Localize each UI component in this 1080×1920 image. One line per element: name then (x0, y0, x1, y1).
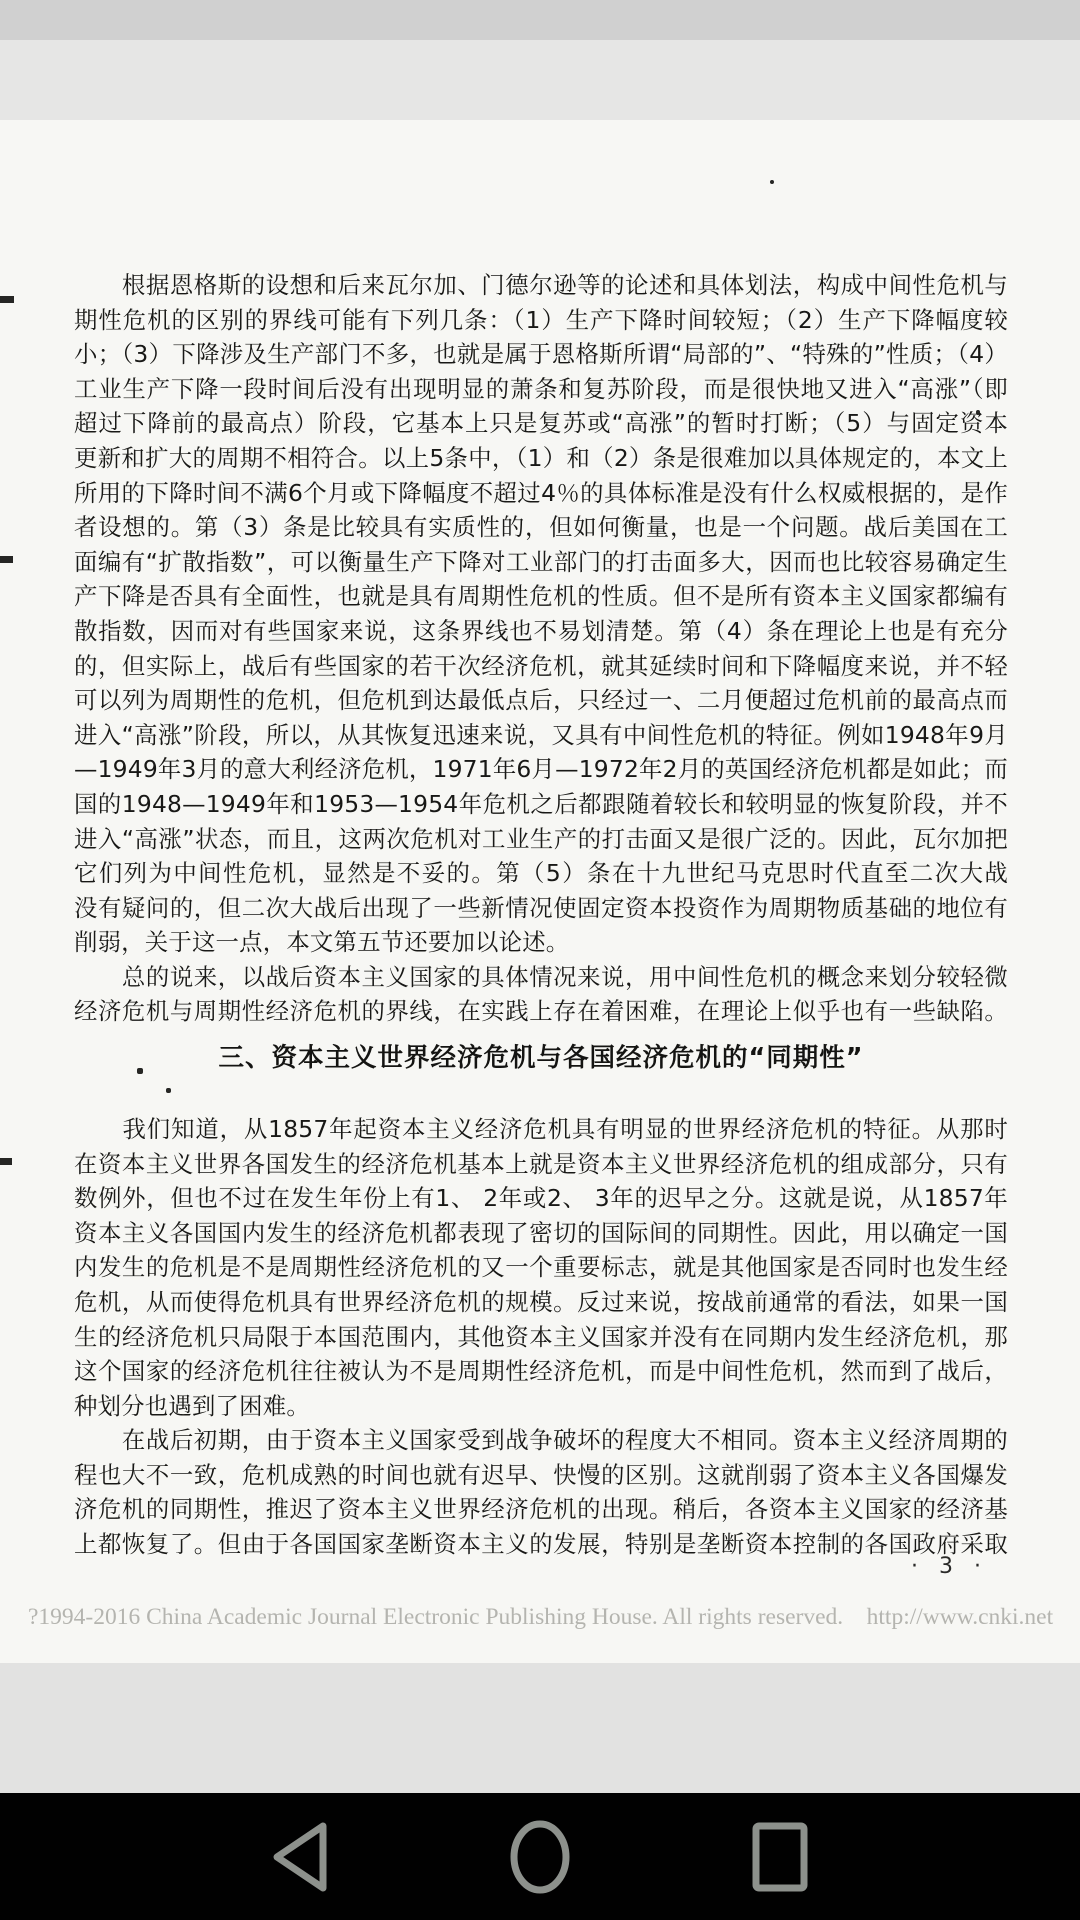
text-line: 国的1948—1949年和1953—1954年危机之后都跟随着较长和较明显的恢复… (74, 787, 1008, 822)
text-line: 程也大不一致，危机成熟的时间也就有迟早、快慢的区别。这就削弱了资本主义各国爆发经 (74, 1458, 1008, 1493)
text-line: 危机，从而使得危机具有世界经济危机的规模。反过来说，按战前通常的看法，如果一国发 (74, 1285, 1008, 1320)
text-line: 工业生产下降一段时间后没有出现明显的萧条和复苏阶段，而是很快地又进入“高涨”（即 (74, 372, 1008, 407)
paragraph-block-1: 根据恩格斯的设想和后来瓦尔加、门德尔逊等的论述和具体划法，构成中间性危机与周期性… (74, 268, 1008, 1029)
recents-icon (752, 1822, 808, 1892)
page-number: · 3 · (74, 1554, 988, 1579)
text-line: 面编有“扩散指数”，可以衡量生产下降对工业部门的打击面多大，因而也比较容易确定生 (74, 545, 1008, 580)
text-line: 根据恩格斯的设想和后来瓦尔加、门德尔逊等的论述和具体划法，构成中间性危机与周 (74, 268, 1008, 303)
text-line: 济危机的同期性，推迟了资本主义世界经济危机的出现。稍后，各资本主义国家的经济基本 (74, 1492, 1008, 1527)
nav-recents-button[interactable] (705, 1793, 855, 1920)
text-line: 可以列为周期性的危机，但危机到达最低点后，只经过一、二月便超过危机前的最高点而 (74, 683, 1008, 718)
text-line: 超过下降前的最高点）阶段，它基本上只是复苏或“高涨”的暂时打断；（5）与固定资本 (74, 406, 1008, 441)
text-line: 的，但实际上，战后有些国家的若干次经济危机，就其延续时间和下降幅度来说，并不轻微… (74, 649, 1008, 684)
nav-back-button[interactable] (225, 1793, 375, 1920)
text-line: 资本主义各国国内发生的经济危机都表现了密切的国际间的同期性。因此，用以确定一国国 (74, 1216, 1008, 1251)
text-line: 更新和扩大的周期不相符合。以上5条中，（1）和（2）条是很难加以具体规定的，本文… (74, 441, 1008, 476)
text-line: 内发生的危机是不是周期性经济危机的又一个重要标志，就是其他国家是否同时也发生经济 (74, 1250, 1008, 1285)
text-line: 进入“高涨”阶段，所以，从其恢复迅速来说，又具有中间性危机的特征。例如1948年… (74, 718, 1008, 753)
text-line: 期性危机的区别的界线可能有下列几条：（1）生产下降时间较短；（2）生产下降幅度较 (74, 303, 1008, 338)
scan-artifact (0, 556, 13, 563)
text-line: —1949年3月的意大利经济危机，1971年6月—1972年2月的英国经济危机都… (74, 752, 1008, 787)
nav-home-button[interactable] (465, 1793, 615, 1920)
text-line: 小；（3）下降涉及生产部门不多，也就是属于恩格斯所谓“局部的”、“特殊的”性质；… (74, 337, 1008, 372)
text-line: 进入“高涨”状态，而且，这两次危机对工业生产的打击面又是很广泛的。因此，瓦尔加把 (74, 822, 1008, 857)
text-line: 削弱，关于这一点，本文第五节还要加以论述。 (74, 925, 1008, 960)
text-line: 者设想的。第（3）条是比较具有实质性的，但如何衡量，也是一个问题。战后美国在工业… (74, 510, 1008, 545)
text-line: 这个国家的经济危机往往被认为不是周期性经济危机，而是中间性危机，然而到了战后，这 (74, 1354, 1008, 1389)
text-line: 总的说来，以战后资本主义国家的具体情况来说，用中间性危机的概念来划分较轻微的 (74, 960, 1008, 995)
text-line: 它们列为中间性危机，显然是不妥的。第（5）条在十九世纪马克思时代直至二次大战前，… (74, 856, 1008, 891)
text-line: 在战后初期，由于资本主义国家受到战争破坏的程度大不相同。资本主义经济周期的进 (74, 1423, 1008, 1458)
text-line: 产下降是否具有全面性，也就是具有周期性危机的性质。但不是所有资本主义国家都编有扩 (74, 579, 1008, 614)
back-icon (267, 1820, 333, 1894)
text-line: 没有疑问的，但二次大战后出现了一些新情况使固定资本投资作为周期物质基础的地位有所 (74, 891, 1008, 926)
scan-artifact (770, 180, 774, 184)
scan-artifact (0, 1158, 12, 1165)
watermark: ?1994-2016 China Academic Journal Electr… (28, 1604, 1058, 1631)
text-line: 我们知道，从1857年起资本主义经济危机具有明显的世界经济危机的特征。从那时起， (74, 1112, 1008, 1147)
text-line: 种划分也遇到了困难。 (74, 1389, 1008, 1424)
text-line: 所用的下降时间不满6个月或下降幅度不超过4％的具体标准是没有什么权威根据的，是作 (74, 476, 1008, 511)
screen: { "colors": { "page_background": "#f7f7f… (0, 0, 1080, 1920)
below-page-strip (0, 1663, 1080, 1793)
text-line: 数例外，但也不过在发生年份上有1、 2年或2、 3年的迟早之分。这就是说，从18… (74, 1181, 1008, 1216)
scan-artifact (166, 1088, 171, 1093)
text-line: 经济危机与周期性经济危机的界线，在实践上存在着困难，在理论上似乎也有一些缺陷。 (74, 994, 1008, 1029)
home-icon (509, 1819, 571, 1895)
toolbar-area (0, 40, 1080, 120)
text-line: 在资本主义世界各国发生的经济危机基本上就是资本主义世界经济危机的组成部分，只有少 (74, 1147, 1008, 1182)
text-line: 散指数，因而对有些国家来说，这条界线也不易划清楚。第（4）条在理论上也是有充分根… (74, 614, 1008, 649)
scan-artifact (0, 296, 14, 303)
text-line: 生的经济危机只局限于本国范围内，其他资本主义国家并没有在同期内发生经济危机，那么… (74, 1320, 1008, 1355)
paragraph-block-3: 在战后初期，由于资本主义国家受到战争破坏的程度大不相同。资本主义经济周期的进程也… (74, 1423, 1008, 1561)
navigation-bar (0, 1793, 1080, 1920)
status-bar (0, 0, 1080, 40)
section-heading: 三、资本主义世界经济危机与各国经济危机的“同期性” (74, 1038, 1008, 1074)
paragraph-block-2: 我们知道，从1857年起资本主义经济危机具有明显的世界经济危机的特征。从那时起，… (74, 1112, 1008, 1423)
